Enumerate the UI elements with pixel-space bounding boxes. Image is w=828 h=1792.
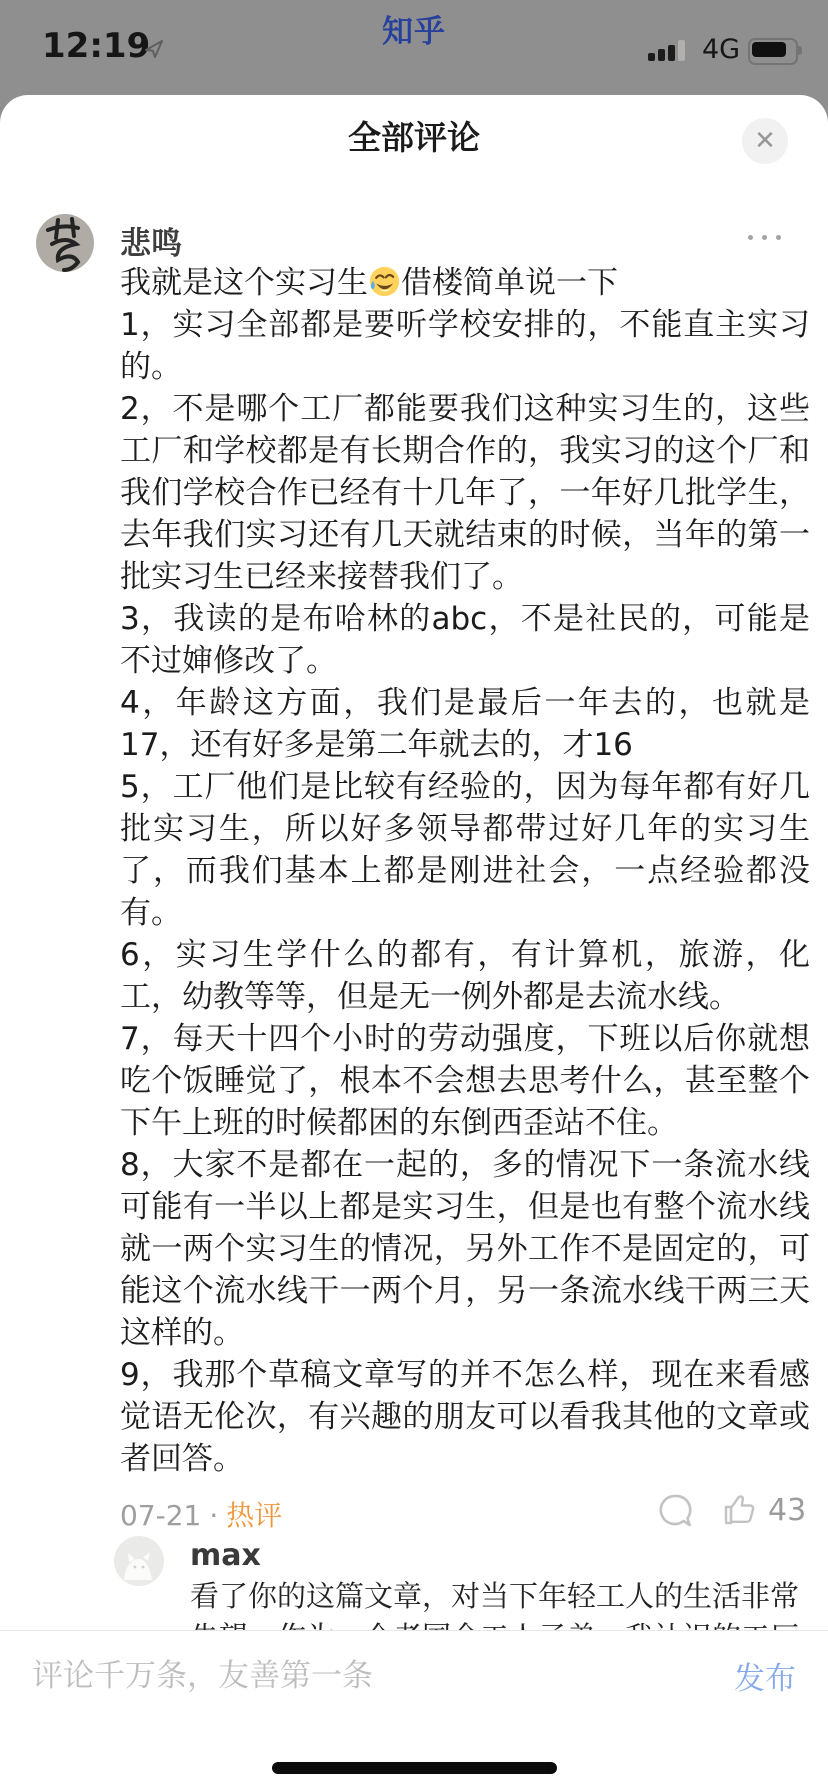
home-indicator[interactable] xyxy=(272,1762,557,1774)
comment-paragraph: 1，实习全部都是要听学校安排的，不能直主实习的。 xyxy=(120,304,810,388)
comment-paragraph: 2，不是哪个工厂都能要我们这种实习生的，这些工厂和学校都是有长期合作的，我实习的… xyxy=(120,388,810,598)
comment-intro: 我就是这个实习生 借楼简单说一下 xyxy=(120,262,810,304)
comment-author-name[interactable]: 悲鸣 xyxy=(120,218,182,263)
tears-of-joy-emoji-icon xyxy=(368,265,401,298)
comment-bubble-icon xyxy=(656,1492,694,1530)
thumbs-up-icon xyxy=(722,1492,758,1528)
close-button[interactable]: ✕ xyxy=(742,118,788,164)
comment-date: 07-21 xyxy=(120,1499,201,1532)
battery-icon xyxy=(748,38,798,65)
reply-author-name[interactable]: max xyxy=(190,1538,261,1573)
comment-paragraph: 5，工厂他们是比较有经验的，因为每年都有好几批实习生，所以好多领导都带过好几年的… xyxy=(120,766,810,934)
comment-input[interactable] xyxy=(30,1649,614,1703)
like-button[interactable]: 43 xyxy=(722,1490,812,1530)
like-count: 43 xyxy=(768,1493,806,1528)
calligraphy-avatar-art xyxy=(36,214,94,272)
reply-author-avatar[interactable] xyxy=(114,1536,164,1586)
status-time: 12:19 xyxy=(42,26,150,66)
meta-separator: · xyxy=(209,1499,218,1532)
close-icon: ✕ xyxy=(754,128,776,154)
comment-meta: 07-21·热评 xyxy=(120,1494,810,1534)
comment-author-avatar[interactable] xyxy=(36,214,94,272)
comment-body: 我就是这个实习生 借楼简单说一下 1，实习全部都是要听学校安排的，不能直主实习的… xyxy=(120,262,810,1480)
comment-paragraph: 9，我那个草稿文章写的并不怎么样，现在来看感觉语无伦次，有兴趣的朋友可以看我其他… xyxy=(120,1354,810,1480)
comment-paragraph: 6，实习生学什么的都有，有计算机，旅游，化工，幼教等等，但是无一例外都是去流水线… xyxy=(120,934,810,1018)
signal-bars-icon xyxy=(648,40,692,61)
network-type-label: 4G xyxy=(702,34,740,65)
location-arrow-icon xyxy=(143,38,165,60)
reply-button[interactable] xyxy=(656,1492,694,1530)
comment-paragraph: 8，大家不是都在一起的，多的情况下一条流水线可能有一半以上都是实习生，但是也有整… xyxy=(120,1144,810,1354)
sheet-title: 全部评论 xyxy=(0,112,828,159)
more-button[interactable] xyxy=(748,224,802,250)
comment-paragraph: 3，我读的是布哈林的abc，不是社民的，可能是不过婶修改了。 xyxy=(120,598,810,682)
cat-avatar-art xyxy=(114,1536,164,1586)
more-icon xyxy=(748,235,753,240)
comment-paragraph: 7，每天十四个小时的劳动强度，下班以后你就想吃个饭睡觉了，根本不会想去思考什么，… xyxy=(120,1018,810,1144)
hot-comment-badge: 热评 xyxy=(226,1499,282,1532)
publish-button[interactable]: 发布 xyxy=(734,1653,796,1698)
comment-paragraph: 4，年龄这方面，我们是最后一年去的，也就是17，还有好多是第二年就去的，才16 xyxy=(120,682,810,766)
